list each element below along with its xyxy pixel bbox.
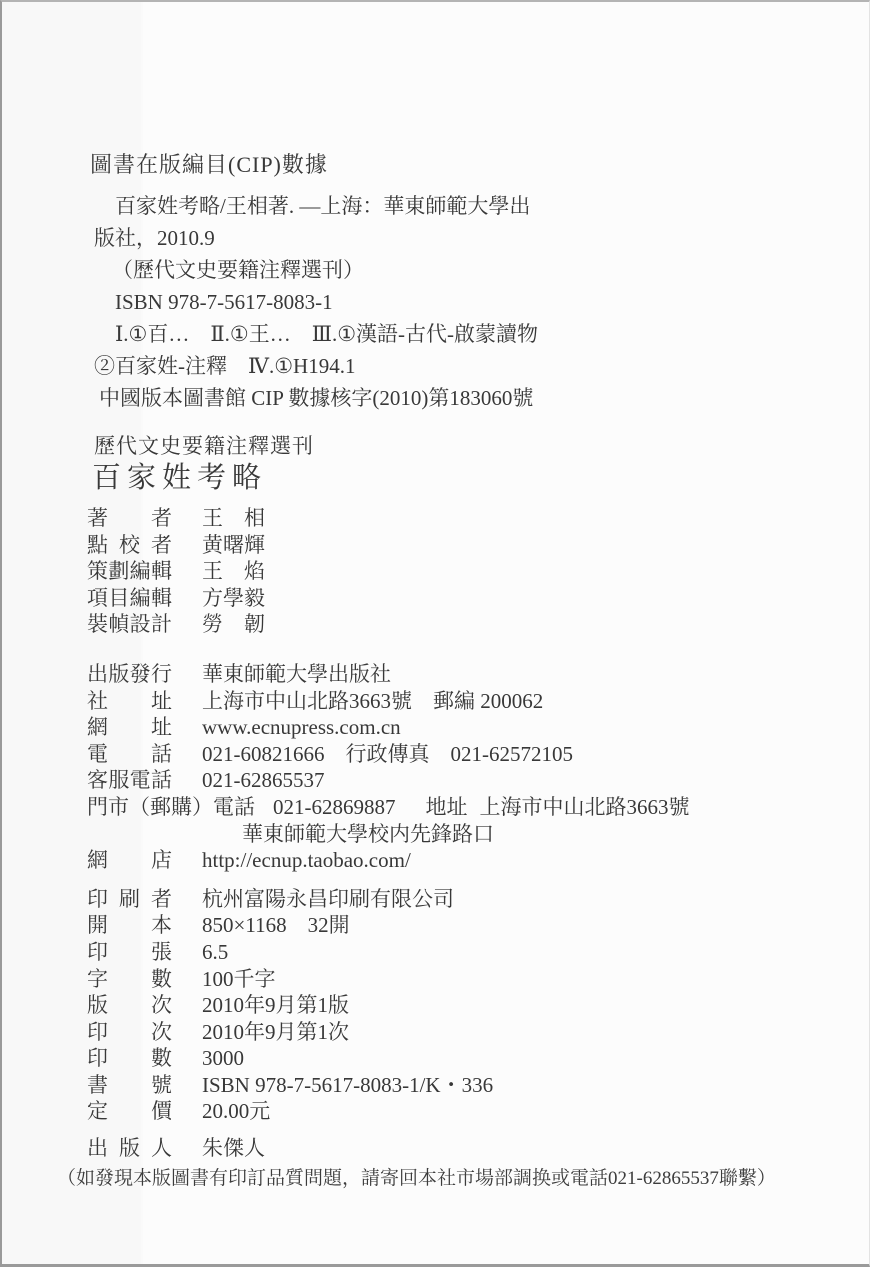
store-phone-row: 門市（郵購）電話 021-62869887 地址 上海市中山北路3663號 [87,794,829,821]
publisher-row: 客服電話 021-62865537 [87,767,829,794]
print-value: ISBN 978-7-5617-8083-1/K・336 [202,1072,493,1099]
cip-line: 百家姓考略/王相著. —上海：華東師範大學出 [115,190,829,222]
publisher-label: 社址 [87,688,172,715]
print-label: 字數 [87,966,172,993]
cip-line: ISBN 978-7-5617-8083-1 [115,286,829,318]
webstore-label: 網店 [87,847,172,874]
credit-value: 王 焰 [202,558,265,585]
print-value: 2010年9月第1版 [202,992,349,1019]
cip-lines: 百家姓考略/王相著. —上海：華東師範大學出 版社，2010.9 （歷代文史要籍… [87,190,829,414]
publisher-label: 出版發行 [87,661,172,688]
credits-section: 著者 王 相 點校者 黄曙輝 策劃編輯 王 焰 項目編輯 方學毅 裝幀設計 勞 … [87,505,829,638]
print-value: 6.5 [202,939,228,966]
store-address: 上海市中山北路3663號 [480,794,690,821]
print-value: 100千字 [202,966,276,993]
print-value: 2010年9月第1次 [202,1019,349,1046]
credit-label: 點校者 [87,532,172,559]
credit-row: 項目編輯 方學毅 [87,585,829,612]
print-label: 定價 [87,1098,172,1125]
publisher-person-section: 出版人 朱傑人 [87,1135,829,1162]
book-copyright-page: 圖書在版編目(CIP)數據 百家姓考略/王相著. —上海：華東師範大學出 版社，… [0,0,870,1267]
store-label: 門市（郵購）電話 [87,794,255,821]
credit-label: 著者 [87,505,172,532]
publisher-row: 網址 www.ecnupress.com.cn [87,714,829,741]
print-value: 20.00元 [202,1098,270,1125]
store-phone: 021-62869887 [273,794,396,821]
print-label: 書號 [87,1072,172,1099]
webstore-row: 網店 http://ecnup.taobao.com/ [87,847,829,874]
publisher-section: 出版發行 華東師範大學出版社 社址 上海市中山北路3663號 郵編 200062… [87,661,829,874]
publisher-person-label: 出版人 [87,1135,172,1162]
print-label: 印張 [87,939,172,966]
credit-row: 策劃編輯 王 焰 [87,558,829,585]
page-content: 圖書在版編目(CIP)數據 百家姓考略/王相著. —上海：華東師範大學出 版社，… [2,152,869,1190]
credit-label: 項目編輯 [87,585,172,612]
print-label: 印刷者 [87,886,172,913]
publisher-label: 客服電話 [87,767,172,794]
cip-line: 版社，2010.9 [94,222,829,254]
print-row: 印張 6.5 [87,939,829,966]
print-value: 3000 [202,1045,244,1072]
publisher-value: 021-62865537 [202,767,325,794]
print-row: 印刷者 杭州富陽永昌印刷有限公司 [87,886,829,913]
print-row: 印數 3000 [87,1045,829,1072]
cip-line: （歷代文史要籍注釋選刊） [112,254,829,286]
print-label: 開本 [87,912,172,939]
cip-line: Ⅰ.①百… Ⅱ.①王… Ⅲ.①漢語-古代-啟蒙讀物 [115,318,829,350]
publisher-value: 021-60821666 行政傳真 021-62572105 [202,741,573,768]
print-value: 850×1168 32開 [202,912,350,939]
publisher-value: www.ecnupress.com.cn [202,714,401,741]
print-row: 開本 850×1168 32開 [87,912,829,939]
print-label: 印次 [87,1019,172,1046]
credit-label: 策劃編輯 [87,558,172,585]
quality-note: （如發現本版圖書有印訂品質問題，請寄回本社市場部調换或電話021-6286553… [57,1168,829,1190]
credit-label: 裝幀設計 [87,611,172,638]
credit-row: 點校者 黄曙輝 [87,532,829,559]
cip-header: 圖書在版編目(CIP)數據 [90,152,829,178]
store-address-label: 地址 [426,794,468,821]
print-label: 版次 [87,992,172,1019]
webstore-url: http://ecnup.taobao.com/ [202,847,411,874]
publisher-label: 網址 [87,714,172,741]
print-section: 印刷者 杭州富陽永昌印刷有限公司 開本 850×1168 32開 印張 6.5 … [87,886,829,1125]
print-label: 印數 [87,1045,172,1072]
print-value: 杭州富陽永昌印刷有限公司 [202,886,454,913]
publisher-person-row: 出版人 朱傑人 [87,1135,829,1162]
book-title: 百家姓考略 [92,461,829,495]
book-series: 歷代文史要籍注釋選刊 [94,434,829,458]
cip-line: ②百家姓-注釋 Ⅳ.①H194.1 [94,350,829,382]
publisher-row: 社址 上海市中山北路3663號 郵編 200062 [87,688,829,715]
publisher-value: 上海市中山北路3663號 郵編 200062 [202,688,543,715]
publisher-row: 出版發行 華東師範大學出版社 [87,661,829,688]
print-row: 印次 2010年9月第1次 [87,1019,829,1046]
publisher-person-value: 朱傑人 [202,1135,265,1162]
print-row: 字數 100千字 [87,966,829,993]
store-address-continuation: 華東師範大學校内先鋒路口 [242,821,829,848]
credit-value: 黄曙輝 [202,532,265,559]
print-row: 版次 2010年9月第1版 [87,992,829,1019]
cip-line: 中國版本圖書館 CIP 數據核字(2010)第183060號 [99,382,829,414]
publisher-row: 電話 021-60821666 行政傳真 021-62572105 [87,741,829,768]
credit-row: 著者 王 相 [87,505,829,532]
publisher-label: 電話 [87,741,172,768]
credit-value: 勞 韌 [202,611,265,638]
credit-value: 王 相 [202,505,265,532]
publisher-value: 華東師範大學出版社 [202,661,391,688]
cip-section: 圖書在版編目(CIP)數據 百家姓考略/王相著. —上海：華東師範大學出 版社，… [87,152,829,414]
credit-value: 方學毅 [202,585,265,612]
print-row: 書號 ISBN 978-7-5617-8083-1/K・336 [87,1072,829,1099]
print-row: 定價 20.00元 [87,1098,829,1125]
credit-row: 裝幀設計 勞 韌 [87,611,829,638]
